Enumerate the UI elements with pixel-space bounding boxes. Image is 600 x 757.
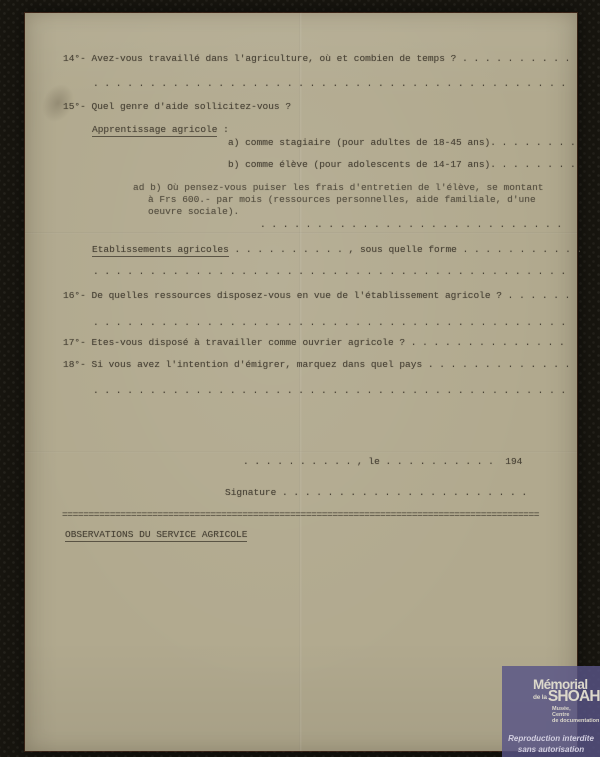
answer-dots-line: . . . . . . . . . . . . . . . . . . . . … <box>93 317 566 329</box>
apprentissage-heading-colon: : <box>217 124 228 135</box>
question-17: 17°- Etes-vous disposé à travailler comm… <box>63 337 565 349</box>
option-b-eleve: b) comme élève (pour adolescents de 14-1… <box>228 159 576 171</box>
observations-heading-label: OBSERVATIONS DU SERVICE AGRICOLE <box>65 529 247 542</box>
answer-dots-partial: . . . . . . . . . . . . . . . . . . . . … <box>260 219 562 231</box>
etablissements-label: Etablissements agricoles <box>92 244 229 257</box>
reproduction-notice-line1: Reproduction interdite <box>502 734 600 745</box>
fold-crease-vertical <box>299 13 302 751</box>
question-16: 16°- De quelles ressources disposez-vous… <box>63 290 570 302</box>
apprentissage-heading-label: Apprentissage agricole <box>92 124 217 137</box>
question-14: 14°- Avez-vous travaillé dans l'agricult… <box>63 53 570 65</box>
ad-b-note-line1: ad b) Où pensez-vous puiser les frais d'… <box>133 182 543 194</box>
signature-line: Signature . . . . . . . . . . . . . . . … <box>225 487 527 499</box>
answer-dots-line: . . . . . . . . . . . . . . . . . . . . … <box>93 385 566 397</box>
logo-shoah-text: SHOAH <box>548 688 600 705</box>
logo-shoah-row: de laSHOAH <box>533 690 600 705</box>
question-15: 15°- Quel genre d'aide sollicitez-vous ? <box>63 101 291 113</box>
fold-crease-horizontal-upper <box>25 232 577 234</box>
scan-background: { "document": { "q14": "14°- Avez-vous t… <box>0 0 600 757</box>
typed-separator-rule: ========================================… <box>62 509 578 521</box>
observations-heading: OBSERVATIONS DU SERVICE AGRICOLE <box>65 529 247 541</box>
reproduction-notice: Reproduction interdite sans autorisation <box>502 734 600 755</box>
question-18: 18°- Si vous avez l'intention d'émigrer,… <box>63 359 570 371</box>
logo-museum-subtitle: Musée, Centre de documentation <box>552 706 600 724</box>
logo-de-la-text: de la <box>533 691 547 705</box>
apprentissage-heading: Apprentissage agricole : <box>92 124 229 136</box>
option-a-stagiaire: a) comme stagiaire (pour adultes de 18-4… <box>228 137 576 149</box>
answer-dots-line: . . . . . . . . . . . . . . . . . . . . … <box>93 78 566 90</box>
etablissements-line: Etablissements agricoles . . . . . . . .… <box>92 244 582 256</box>
etablissements-rest: . . . . . . . . . . , sous quelle forme … <box>229 244 582 255</box>
memorial-shoah-logo: Mémorial de laSHOAH Musée, Centre de doc… <box>533 678 600 724</box>
date-place-line: . . . . . . . . . . , le . . . . . . . .… <box>243 456 522 468</box>
memorial-shoah-watermark: Mémorial de laSHOAH Musée, Centre de doc… <box>502 666 600 757</box>
fold-crease-horizontal-lower <box>25 451 577 453</box>
document-page: 14°- Avez-vous travaillé dans l'agricult… <box>25 13 577 751</box>
ad-b-note-line3: oeuvre sociale). <box>148 206 239 218</box>
answer-dots-line: . . . . . . . . . . . . . . . . . . . . … <box>93 266 566 278</box>
ad-b-note-line2: à Frs 600.- par mois (ressources personn… <box>148 194 536 206</box>
reproduction-notice-line2: sans autorisation <box>502 745 600 756</box>
logo-subtitle-documentation: de documentation <box>552 718 600 724</box>
